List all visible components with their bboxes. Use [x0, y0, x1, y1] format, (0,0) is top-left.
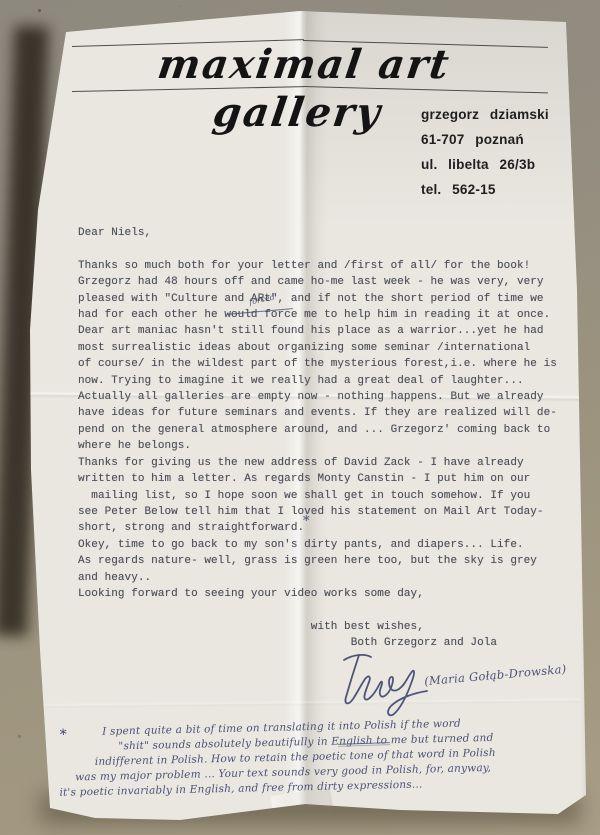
photo-of-letter: { "photo": { "background_color": "#9a907… — [0, 0, 600, 835]
pen-asterisk-after-straightforward: * — [303, 514, 310, 529]
background-specks — [38, 9, 41, 12]
letter-paper: maximal art gallery grzegorz dziamski 61… — [0, 0, 600, 835]
letterhead-address-block: grzegorz dziamski 61-707 poznań ul. libe… — [421, 102, 549, 202]
typed-letter-body: Dear Niels, Thanks so much both for your… — [78, 225, 557, 652]
contact-phone: tel. 562-15 — [421, 177, 549, 202]
handwritten-footnote: I spent quite a bit of time on translati… — [48, 714, 598, 801]
gallery-name: maximal art gallery — [64, 41, 543, 91]
contact-name: grzegorz dziamski — [421, 102, 549, 127]
contact-street: ul. libelta 26/3b — [421, 152, 549, 177]
right-edge-shading — [580, 20, 592, 820]
contact-postal: 61-707 poznań — [421, 127, 549, 152]
